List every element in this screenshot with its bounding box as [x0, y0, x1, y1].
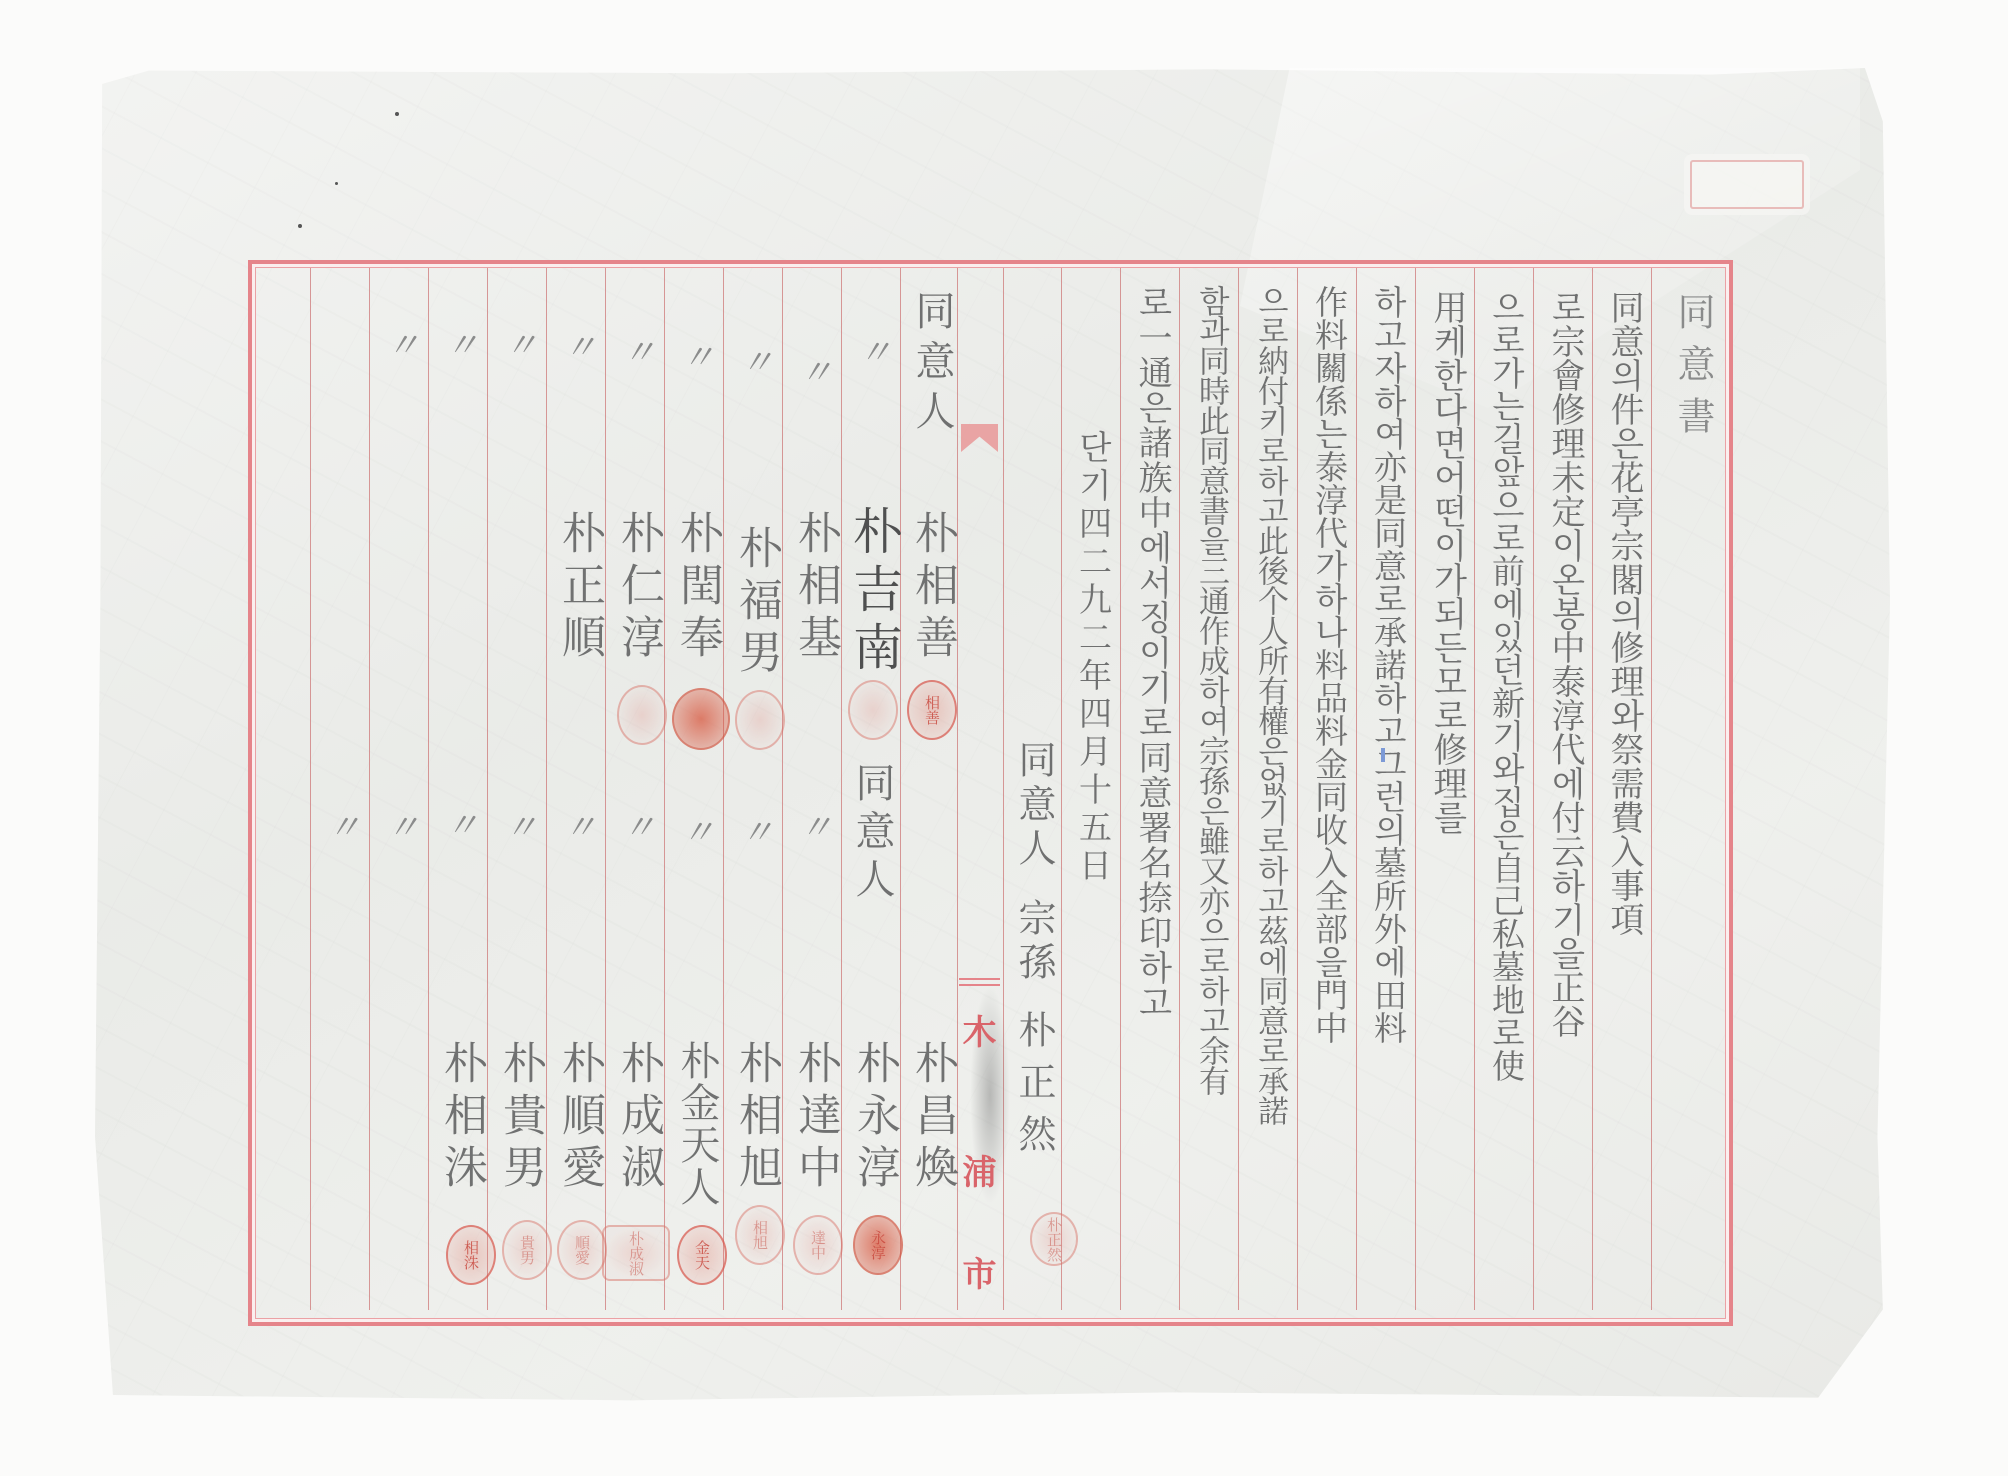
- principal-label: 同意人: [1005, 740, 1063, 872]
- signatory-name: 朴正順: [550, 510, 608, 666]
- signatory-seal: 相旭: [735, 1205, 785, 1265]
- principal-role: 宗孫: [1005, 898, 1063, 986]
- ruling-line: [428, 268, 429, 1310]
- ditto-mark: 〃: [728, 805, 786, 854]
- signatory-name: 朴福男: [727, 525, 785, 681]
- body-line-5: 하고자하여亦是同意로承諾하고그런의墓所外에田料: [1359, 285, 1417, 1044]
- date-line: 단기四二九二年四月十五日: [1064, 430, 1122, 886]
- ditto-mark: 〃: [728, 335, 786, 384]
- ditto-mark: 〃: [492, 318, 550, 367]
- signatory-seal: [672, 688, 730, 750]
- body-line-2: 로宗會修理未定이온봉中泰淳代에付云하기을正谷: [1536, 290, 1594, 1038]
- signatory-name: 朴吉南: [845, 505, 903, 679]
- document-title: 同意書: [1664, 292, 1722, 448]
- principal-seal: 朴正然: [1030, 1212, 1078, 1266]
- center-char: 木: [957, 1005, 1002, 1054]
- ditto-mark: 〃: [669, 805, 727, 854]
- signatory-name: 朴金天人: [668, 1040, 726, 1208]
- consenters-label-lower: 同意人: [843, 762, 901, 906]
- principal-name: 朴正然: [1005, 1010, 1063, 1166]
- signatory-name: 朴相基: [786, 510, 844, 666]
- ditto-mark: 〃: [315, 800, 373, 849]
- ditto-mark: 〃: [787, 345, 845, 394]
- body-line-3: 으로가는길앞으로前에있던新기와집은自己私墓地로使: [1477, 290, 1535, 1082]
- ditto-mark: 〃: [551, 320, 609, 369]
- body-line-8: 함과同時此同意書을三通作成하여宗孫은雖又亦으로하고余有: [1182, 285, 1240, 1095]
- signatory-seal: 永淳: [853, 1215, 903, 1275]
- signatory-seal: 貴男: [502, 1220, 552, 1280]
- ditto-mark: 〃: [610, 800, 668, 849]
- signatory-seal: [617, 685, 667, 745]
- body-line-4: 用케한다면어떤이가되든모로修理를: [1418, 290, 1476, 834]
- ruling-line: [310, 268, 311, 1310]
- center-rule: [959, 978, 1000, 980]
- archive-label-tag: [1690, 160, 1804, 209]
- signatory-seal: 朴成淑: [602, 1225, 670, 1281]
- signatory-name: 朴相旭: [727, 1040, 785, 1196]
- ditto-mark: 〃: [846, 325, 904, 374]
- blue-ink-mark: [1381, 748, 1385, 762]
- signatory-seal: 金天: [677, 1225, 727, 1285]
- paper-speck: [395, 112, 399, 116]
- body-line-9: 로一通은諸族中에서징이기로同意署名捺印하고: [1123, 285, 1181, 1020]
- signatory-seal: 達中: [793, 1215, 843, 1275]
- signatory-name: 朴貴男: [491, 1040, 549, 1196]
- ditto-mark: 〃: [669, 330, 727, 379]
- body-line-1: 同意의件은花亭宗閣의修理와祭需費入事項: [1595, 290, 1653, 936]
- signatory-seal: 順愛: [557, 1220, 607, 1280]
- signatory-name: 朴相洙: [432, 1040, 490, 1196]
- ditto-mark: 〃: [374, 800, 432, 849]
- signatory-seal: [735, 690, 785, 750]
- ditto-mark: 〃: [433, 318, 491, 367]
- consenters-label-upper: 同意人: [903, 290, 961, 440]
- ditto-mark: 〃: [610, 325, 668, 374]
- ditto-mark: 〃: [492, 800, 550, 849]
- paper-speck: [335, 182, 338, 185]
- signatory-name: 朴成淑: [609, 1040, 667, 1196]
- signatory-name: 朴相善: [903, 510, 961, 666]
- signatory-name: 朴永淳: [845, 1040, 903, 1196]
- ruling-line: [369, 268, 370, 1310]
- body-line-6: 作料關係는泰淳代가하나料品料金同收入全部을門中: [1300, 285, 1358, 1044]
- signatory-seal: 相洙: [446, 1225, 496, 1285]
- signatory-name: 朴達中: [786, 1040, 844, 1196]
- signatory-seal: 相善: [907, 680, 957, 740]
- body-line-7: 으로納付키로하고此後个人所有權은없기로하고茲에同意로承諾: [1241, 285, 1299, 1125]
- ditto-mark: 〃: [551, 800, 609, 849]
- signatory-name: 朴昌煥: [903, 1040, 961, 1196]
- paper-speck: [298, 224, 302, 228]
- signatory-name: 朴仁淳: [609, 510, 667, 666]
- signatory-name: 朴順愛: [550, 1040, 608, 1196]
- signatory-name: 朴閏奉: [668, 510, 726, 666]
- ditto-mark: 〃: [374, 318, 432, 367]
- ditto-mark: 〃: [433, 798, 491, 847]
- signatory-seal: [848, 680, 898, 740]
- ditto-mark: 〃: [787, 800, 845, 849]
- center-char: 市: [957, 1247, 1002, 1296]
- center-char: 浦: [957, 1145, 1002, 1194]
